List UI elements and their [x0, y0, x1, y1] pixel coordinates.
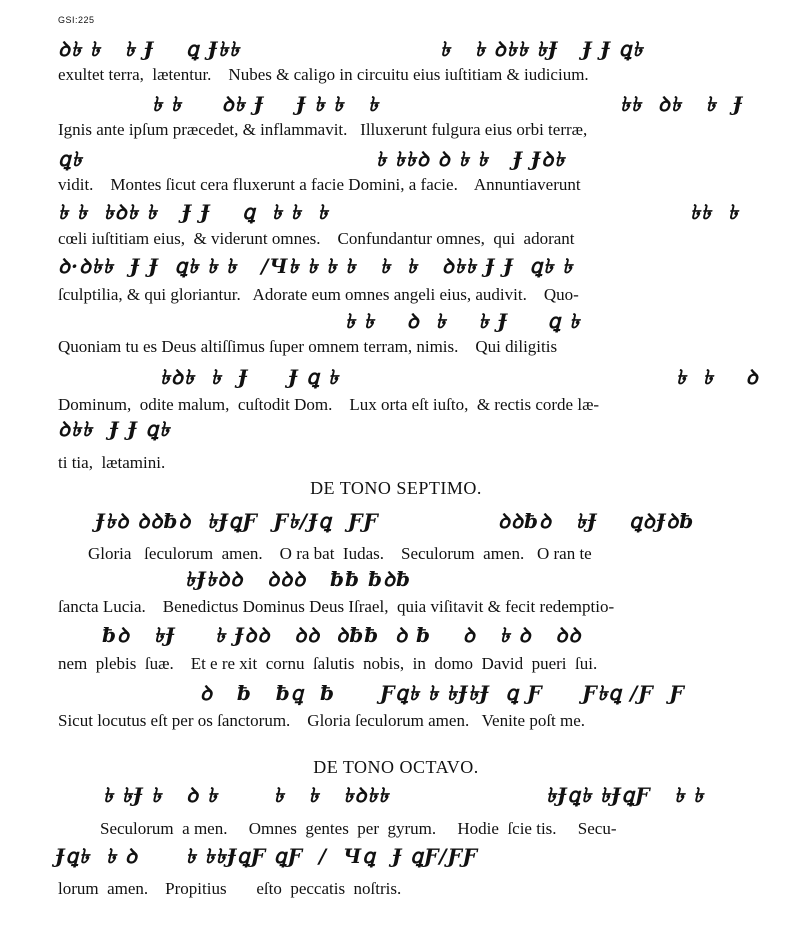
lyric-line: Seculorum a men. Omnes gentes per gyrum.…: [100, 820, 617, 838]
lyric-line: exultet terra, lætentur. Nubes & caligo …: [58, 66, 589, 84]
lyric-line: vidit. Montes ſicut cera fluxerunt a fac…: [58, 176, 581, 194]
neume-notation: Ɉ৳ꝺ ꝺꝺƀꝺ ৳ɈꝗƑ Ƒ৳/Ɉꝗ ƑƑ: [95, 510, 378, 532]
neume-notation: ৳৳ ৳: [690, 201, 739, 223]
lyric-line: ſancta Lucia. Benedictus Dominus Deus Iſ…: [58, 598, 614, 616]
lyric-line: Quoniam tu es Deus altiſſimus ſuper omne…: [58, 338, 557, 356]
lyric-line: ti tia, lætamini.: [58, 454, 165, 472]
neume-notation: Ƒꝗ৳ ৳ ৳Ɉ৳Ɉ ꝗ Ƒ Ƒ৳ꝗ /Ƒ Ƒ: [380, 682, 685, 704]
heading-de-tono-octavo: DE TONO OCTAVO.: [0, 757, 792, 778]
neume-notation: ꝺꝺƀꝺ ৳Ɉ ꝗꝺɈꝺƀ: [498, 510, 694, 532]
neume-notation: ƀꝺ ৳Ɉ ৳ Ɉꝺꝺ ꝺꝺ ꝺƀƀ ꝺ ƀ ꝺ ৳ ꝺ ꝺꝺ: [102, 624, 582, 646]
lyric-line: Sicut locutus eſt per os ſanctorum. Glor…: [58, 712, 585, 730]
lyric-line: Ignis ante ipſum præcedet, & inflammavit…: [58, 121, 587, 139]
lyric-line: Gloria ſeculorum amen. O ra bat Iudas. S…: [88, 545, 592, 563]
neume-notation: ৳Ɉꝗ৳ ৳ɈꝗƑ ৳ ৳: [546, 784, 704, 806]
page-identifier: GSI:225: [58, 15, 95, 25]
neume-notation: ꝺ৳৳ Ɉ Ɉ ꝗ৳: [58, 418, 170, 440]
neume-notation: ৳ ৳Ɉ ৳ ꝺ ৳ ৳ ৳ ৳ꝺ৳৳: [103, 784, 389, 806]
lyric-line: ſculptilia, & qui gloriantur. Adorate eu…: [58, 286, 579, 304]
lyric-line: lorum amen. Propitius eſto peccatis noſt…: [58, 880, 401, 898]
neume-notation: ৳ ৳ ꝺ ৳ ৳ Ɉ ꝗ ৳: [345, 310, 580, 332]
neume-notation: ৳ ৳ ꝺ: [676, 366, 759, 388]
neume-notation: ৳ ৳ ꝺ৳ Ɉ Ɉ ৳ ৳ ৳: [152, 93, 379, 115]
neume-notation: Ɉꝗ৳ ৳ ꝺ ৳ ৳৳ɈꝗƑ ꝗƑ / Ɥꝗ Ɉ ꝗƑ/ƑƑ: [55, 845, 478, 867]
neume-notation: ৳ ৳৳ꝺ ꝺ ৳ ৳ Ɉ Ɉꝺ৳: [376, 148, 565, 170]
neume-notation: ৳Ɉ৳ꝺꝺ ꝺꝺꝺ ƀƀ ƀꝺƀ: [185, 568, 411, 590]
heading-de-tono-septimo: DE TONO SEPTIMO.: [0, 478, 792, 499]
neume-notation: ꝺ·ꝺ৳৳ Ɉ Ɉ ꝗ৳ ৳ ৳ /Ɥ৳ ৳ ৳ ৳ ৳ ৳ ꝺ৳৳ Ɉ Ɉ ꝗ…: [58, 255, 573, 277]
neume-notation: ৳ꝺ৳ ৳ Ɉ Ɉ ꝗ ৳: [160, 366, 339, 388]
neume-notation: ꝺ ƀ ƀꝗ ƀ: [200, 682, 335, 704]
lyric-line: Dominum, odite malum, cuſtodit Dom. Lux …: [58, 396, 599, 414]
neume-notation: ৳ ৳ ꝺ৳৳ ৳Ɉ Ɉ Ɉ ꝗ৳: [440, 38, 643, 60]
neume-notation: ꝺ৳ ৳ ৳ Ɉ ꝗ Ɉ৳৳: [58, 38, 240, 60]
lyric-line: nem plebis ſuæ. Et e re xit cornu ſaluti…: [58, 655, 597, 673]
lyric-line: cœli iuſtitiam eius, & viderunt omnes. C…: [58, 230, 575, 248]
neume-notation: ꝗ৳: [58, 148, 83, 170]
neume-notation: ৳৳ ꝺ৳ ৳ Ɉ: [620, 93, 743, 115]
neume-notation: ৳ ৳ ৳ꝺ৳ ৳ Ɉ Ɉ ꝗ ৳ ৳ ৳: [58, 201, 329, 223]
